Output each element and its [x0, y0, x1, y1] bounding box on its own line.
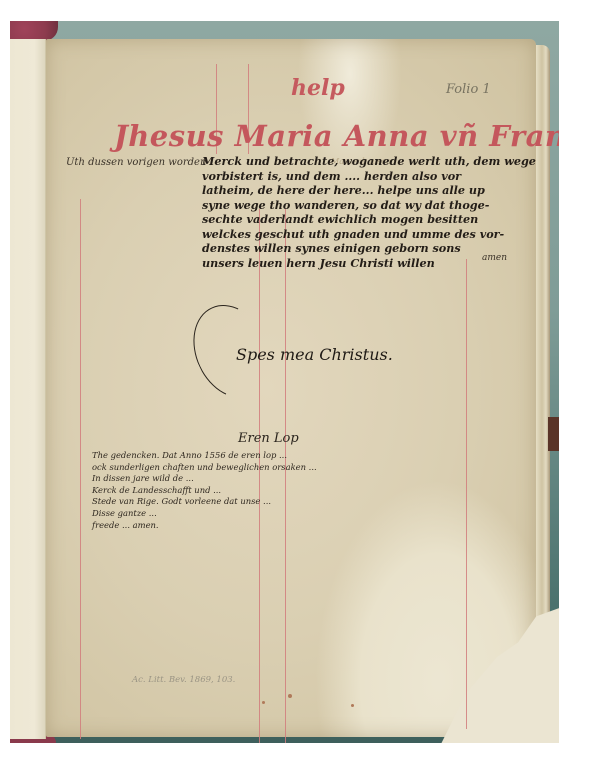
- entry-line: freede ... amen.: [92, 520, 317, 532]
- amen-flourish: amen: [482, 253, 507, 263]
- binding-corner-top: [10, 21, 58, 41]
- entry-line: The gedencken. Dat Anno 1556 de eren lop…: [92, 450, 317, 462]
- entry-text-block: The gedencken. Dat Anno 1556 de eren lop…: [92, 450, 317, 531]
- text-line: Merck und betrachte, woganede werlt uth,…: [202, 154, 536, 169]
- text-line: syne wege tho wanderen, so dat wy dat th…: [202, 198, 536, 213]
- clasp-strap: [548, 417, 559, 451]
- text-line: latheim, de here der here... helpe uns a…: [202, 183, 536, 198]
- manuscript-photo: help Folio 1 Jhesus Maria Anna vñ Franci…: [10, 21, 559, 743]
- help-heading: help: [291, 75, 345, 101]
- stain-spot: [262, 701, 265, 704]
- margin-note: Uth dussen vorigen worden: [66, 157, 206, 168]
- ruling-line-right: [466, 259, 467, 729]
- entry-line: ock sunderligen chaften und beweglichen …: [92, 462, 317, 474]
- text-line: welckes geschut uth gnaden und umme des …: [202, 227, 536, 242]
- entry-line: Disse gantze ...: [92, 508, 317, 520]
- section-title: Eren Lop: [238, 431, 299, 446]
- entry-line: In dissen jare wild de ...: [92, 473, 317, 485]
- manuscript-page: help Folio 1 Jhesus Maria Anna vñ Franci…: [46, 39, 536, 737]
- folio-number: Folio 1: [446, 82, 491, 97]
- text-line: sechte vaderlandt ewichlich mogen besitt…: [202, 212, 536, 227]
- stain-spot: [288, 694, 292, 698]
- stain-spot: [351, 704, 354, 707]
- torn-corner: [441, 599, 559, 743]
- ruling-line-left: [80, 199, 81, 739]
- text-line: vorbistert is, und dem .... herden also …: [202, 169, 536, 184]
- motto: Spes mea Christus.: [236, 345, 393, 364]
- rubric-invocation: Jhesus Maria Anna vñ Franciscus: [114, 119, 559, 153]
- shelfmark-note: Ac. Litt. Bev. 1869, 103.: [132, 675, 235, 685]
- left-flyleaf: [10, 39, 46, 739]
- entry-line: Kerck de Landesschafft und ...: [92, 485, 317, 497]
- entry-line: Stede van Rige. Godt vorleene dat unse .…: [92, 496, 317, 508]
